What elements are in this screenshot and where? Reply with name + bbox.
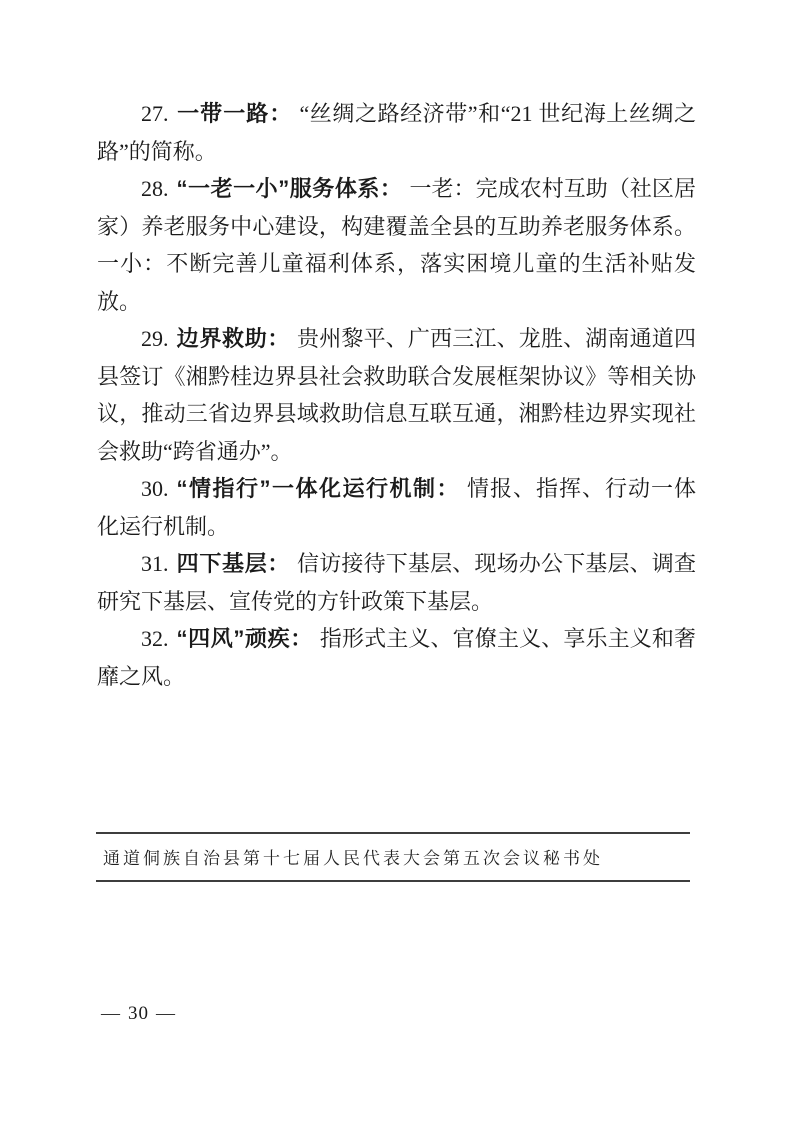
item-number: 30. — [141, 476, 169, 501]
glossary-item-30: 30.“情指行”一体化运行机制：情报、指挥、行动一体化运行机制。 — [97, 470, 696, 545]
page-number-left-dash: — — [101, 1003, 121, 1024]
footer-top-rule — [96, 832, 690, 834]
item-term: 边界救助： — [177, 326, 291, 351]
item-number: 27. — [141, 101, 169, 126]
page-number: —30— — [94, 1003, 183, 1025]
item-term: “四风”顽疾： — [177, 626, 313, 651]
glossary-item-27: 27.一带一路：“丝绸之路经济带”和“21 世纪海上丝绸之路”的简称。 — [97, 95, 696, 170]
item-term: 一带一路： — [177, 101, 293, 126]
glossary-item-28: 28.“一老一小”服务体系：一老：完成农村互助（社区居家）养老服务中心建设，构建… — [97, 170, 696, 320]
document-page: 27.一带一路：“丝绸之路经济带”和“21 世纪海上丝绸之路”的简称。 28.“… — [0, 0, 793, 1122]
item-term: “情指行”一体化运行机制： — [177, 476, 460, 501]
item-number: 32. — [141, 626, 169, 651]
glossary-list: 27.一带一路：“丝绸之路经济带”和“21 世纪海上丝绸之路”的简称。 28.“… — [97, 95, 696, 695]
item-term: 四下基层： — [177, 551, 291, 576]
footer-secretariat-text: 通道侗族自治县第十七届人民代表大会第五次会议秘书处 — [103, 844, 603, 869]
glossary-item-29: 29.边界救助：贵州黎平、广西三江、龙胜、湖南通道四县签订《湘黔桂边界县社会救助… — [97, 320, 696, 470]
item-term: “一老一小”服务体系： — [177, 176, 403, 201]
item-number: 29. — [141, 326, 169, 351]
page-number-right-dash: — — [156, 1003, 176, 1024]
footer-bottom-rule — [96, 880, 690, 882]
page-number-value: 30 — [128, 1003, 149, 1024]
item-number: 31. — [141, 551, 169, 576]
glossary-item-32: 32.“四风”顽疾：指形式主义、官僚主义、享乐主义和奢靡之风。 — [97, 620, 696, 695]
item-number: 28. — [141, 176, 169, 201]
glossary-item-31: 31.四下基层：信访接待下基层、现场办公下基层、调查研究下基层、宣传党的方针政策… — [97, 545, 696, 620]
